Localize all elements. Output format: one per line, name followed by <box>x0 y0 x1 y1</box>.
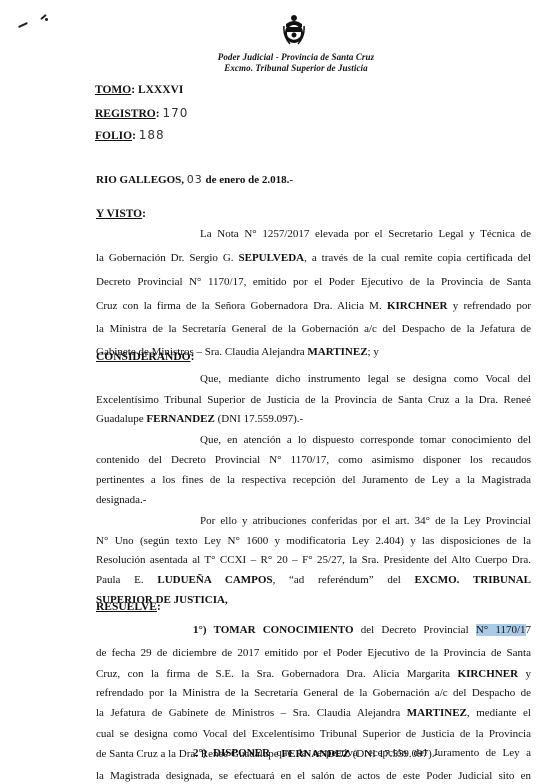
text-line: Que, en atención a lo dispuesto correspo… <box>200 434 531 446</box>
text-segment: Cruz con la firma de la Señora Gobernado… <box>96 300 387 312</box>
text-segment: Decreto Provincial N° 1170/17, emitido p… <box>96 276 531 288</box>
text-line: SUPERIOR DE JUSTICIA, <box>96 594 531 606</box>
text-segment: cual se designa como Vocal del Excelentí… <box>96 728 531 740</box>
bold-name: KIRCHNER <box>458 668 519 680</box>
header-line-2: Excmo. Tribunal Superior de Justicia <box>180 63 412 73</box>
item-1-title: TOMAR CONOCIMIENTO <box>214 624 354 636</box>
registro-value: 170 <box>162 106 188 120</box>
registro-label: REGISTRO <box>95 108 156 120</box>
bold-name: EXCMO. TRIBUNAL <box>415 574 532 586</box>
item-1-number: 1°) <box>193 624 214 636</box>
item-1-text-end: 7 <box>526 624 532 636</box>
resuelve-item-2-first-line: 2°) DISPONER que la respectiva recepción… <box>193 747 531 759</box>
item-2-title: DISPONER <box>213 747 270 759</box>
text-line: cual se designa como Vocal del Excelentí… <box>96 728 531 740</box>
text-segment: ; y <box>368 346 379 358</box>
text-line: la Ministra de la Secretaría General de … <box>96 323 531 335</box>
text-line: Excelentísimo Tribunal Superior de Justi… <box>96 394 531 406</box>
text-line: N° Uno (según texto Ley N° 1600 y modifi… <box>96 535 531 547</box>
text-segment: , mediante el <box>467 707 531 719</box>
header-line-1: Poder Judicial - Provincia de Santa Cruz <box>180 52 412 62</box>
text-segment: la Gobernación Dr. Sergio G. <box>96 252 238 264</box>
text-segment: N° Uno (según texto Ley N° 1600 y modifi… <box>96 535 531 547</box>
handwritten-mark <box>45 18 48 21</box>
text-line: pertinentes a los fines de la respectiva… <box>96 474 531 486</box>
text-segment: Cruz, con la firma de S.E. la Sra. Gober… <box>96 668 458 680</box>
text-segment: designada.- <box>96 494 146 506</box>
text-segment: y refrendado por <box>447 300 531 312</box>
text-segment: contenido del Decreto Provincial N° 1170… <box>96 454 531 466</box>
text-segment: la Ministra de la Secretaría General de … <box>96 323 531 335</box>
item-2-text: que la respectiva recepción del Jurament… <box>270 747 531 759</box>
text-segment: Resolución asentada al T° CCXI – R° 20 –… <box>96 554 531 566</box>
resuelve-heading-text: RESUELVE <box>96 601 157 613</box>
text-segment: pertinentes a los fines de la respectiva… <box>96 474 531 486</box>
item-1-text: del Decreto Provincial <box>354 624 476 636</box>
date-day: 03 <box>187 173 203 186</box>
folio-field: FOLIO: 188 <box>95 128 165 142</box>
text-line: designada.- <box>96 494 531 506</box>
text-line: de fecha 29 de diciembre de 2017 emitido… <box>96 647 531 659</box>
text-line: Paula E. LUDUEÑA CAMPOS, “ad referéndum”… <box>96 574 531 586</box>
text-line: Por ello y atribuciones conferidas por e… <box>200 515 531 527</box>
date-city: RIO GALLEGOS, <box>96 174 184 186</box>
registro-field: REGISTRO: 170 <box>95 106 188 120</box>
text-segment: refrendado por la Ministra de la Secreta… <box>96 687 531 699</box>
text-line: la Jefatura de Gabinete de Ministros – S… <box>96 707 531 719</box>
text-segment: la Jefatura de Gabinete de Ministros – S… <box>96 707 407 719</box>
item-2-number: 2°) <box>193 747 213 759</box>
text-line: la Gobernación Dr. Sergio G. SEPULVEDA, … <box>96 252 531 264</box>
bold-name: LUDUEÑA CAMPOS <box>157 574 272 586</box>
text-segment: Que, mediante dicho instrumento legal se… <box>200 373 531 385</box>
text-line: Que, mediante dicho instrumento legal se… <box>200 373 531 385</box>
bold-name: MARTINEZ <box>307 346 367 358</box>
text-line: Resolución asentada al T° CCXI – R° 20 –… <box>96 554 531 566</box>
text-line: Guadalupe FERNANDEZ (DNI 17.559.097).- <box>96 413 531 425</box>
text-segment: Excelentísimo Tribunal Superior de Justi… <box>96 394 531 406</box>
tomo-field: TOMO: LXXXVI <box>95 84 183 96</box>
bold-name: MARTINEZ <box>407 707 467 719</box>
resuelve-item-1-first-line: 1°) TOMAR CONOCIMIENTO del Decreto Provi… <box>193 624 531 636</box>
bold-name: KIRCHNER <box>387 300 448 312</box>
document-page: Poder Judicial - Provincia de Santa Cruz… <box>0 0 542 784</box>
text-segment: Que, en atención a lo dispuesto correspo… <box>200 434 531 446</box>
handwritten-mark <box>18 22 28 28</box>
text-line: Cruz con la firma de la Señora Gobernado… <box>96 300 531 312</box>
visto-heading-text: Y VISTO <box>96 208 142 220</box>
text-segment: , “ad referéndum” del <box>273 574 415 586</box>
text-segment: La Nota N° 1257/2017 elevada por el Secr… <box>200 228 531 240</box>
text-line: contenido del Decreto Provincial N° 1170… <box>96 454 531 466</box>
text-line: refrendado por la Ministra de la Secreta… <box>96 687 531 699</box>
folio-label: FOLIO <box>95 130 132 142</box>
text-segment: Paula E. <box>96 574 157 586</box>
province-coat-of-arms-icon <box>283 14 305 48</box>
text-segment: Por ello y atribuciones conferidas por e… <box>200 515 531 527</box>
text-segment: , a través de la cual remite copia certi… <box>304 252 531 264</box>
text-line: Cruz, con la firma de S.E. la Sra. Gober… <box>96 668 531 680</box>
text-segment: (DNI 17.559.097).- <box>215 413 303 425</box>
tomo-label: TOMO <box>95 84 131 96</box>
bold-name: SEPULVEDA <box>238 252 304 264</box>
text-segment: de fecha 29 de diciembre de 2017 emitido… <box>96 647 531 659</box>
text-segment: Guadalupe <box>96 413 146 425</box>
considerando-heading-text: CONSIDERANDO <box>96 351 191 363</box>
text-line: Decreto Provincial N° 1170/17, emitido p… <box>96 276 531 288</box>
folio-value: 188 <box>139 128 165 142</box>
text-segment: y <box>518 668 531 680</box>
tomo-value: LXXXVI <box>138 84 183 96</box>
considerando-heading: CONSIDERANDO: <box>96 351 194 363</box>
text-line: la Magistrada designada, se efectuará en… <box>96 770 531 782</box>
bold-name: FERNANDEZ <box>146 413 214 425</box>
text-line: La Nota N° 1257/2017 elevada por el Secr… <box>200 228 531 240</box>
resuelve-heading: RESUELVE: <box>96 601 161 613</box>
text-segment: la Magistrada designada, se efectuará en… <box>96 770 531 782</box>
visto-heading: Y VISTO: <box>96 208 146 220</box>
document-date: RIO GALLEGOS, 03 de enero de 2.018.- <box>96 173 293 186</box>
highlighted-selection[interactable]: N° 1170/1 <box>476 624 526 636</box>
date-rest: de enero de 2.018.- <box>206 174 293 186</box>
